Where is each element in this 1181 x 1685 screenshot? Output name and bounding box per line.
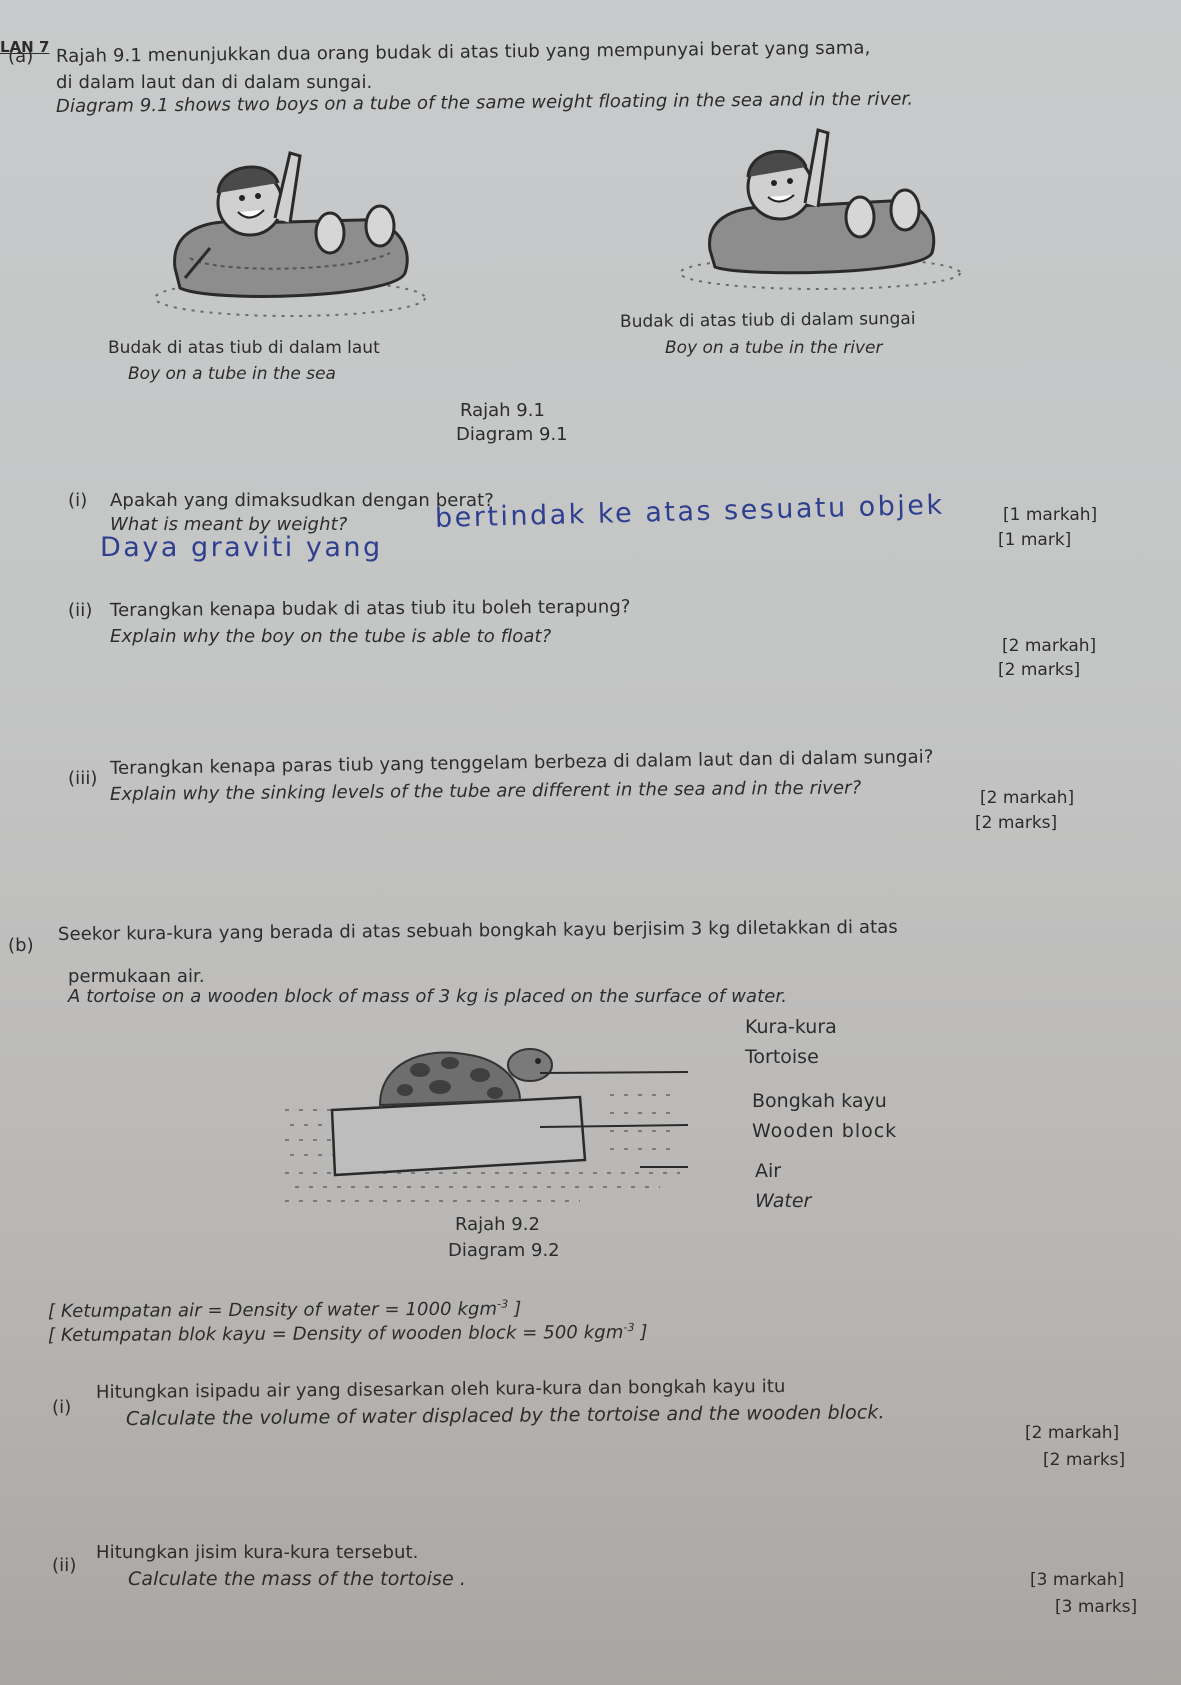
part-a-stem-bm-line2: di dalam laut dan di dalam sungai. bbox=[56, 72, 372, 93]
q-a-iii-text-bm: Terangkan kenapa paras tiub yang tenggel… bbox=[110, 747, 934, 779]
handwritten-answer-a-i-line1[interactable]: bertindak ke atas sesuatu objek bbox=[435, 490, 945, 534]
q-a-ii-marks-bm: [2 markah] bbox=[1002, 636, 1096, 656]
q-a-i-marks-bm: [1 markah] bbox=[1003, 505, 1097, 525]
q-a-ii-text-bm: Terangkan kenapa budak di atas tiub itu … bbox=[110, 596, 631, 621]
q-b-ii-marks-en: [3 marks] bbox=[1055, 1597, 1137, 1617]
part-b-stem-en: A tortoise on a wooden block of mass of … bbox=[68, 986, 787, 1007]
boy-on-tube-sea-illustration bbox=[150, 148, 440, 338]
diagram-9-2-title-bm: Rajah 9.2 bbox=[455, 1214, 540, 1235]
label-tortoise-en: Tortoise bbox=[745, 1046, 819, 1068]
tortoise-on-wooden-block-diagram bbox=[280, 1025, 750, 1225]
label-wooden-block-en: Wooden block bbox=[752, 1120, 897, 1142]
q-b-ii-text-bm: Hitungkan jisim kura-kura tersebut. bbox=[96, 1542, 418, 1563]
q-a-iii-text-en: Explain why the sinking levels of the tu… bbox=[110, 777, 861, 805]
river-caption-en: Boy on a tube in the river bbox=[665, 338, 882, 358]
part-b-stem-bm-line1: Seekor kura-kura yang berada di atas seb… bbox=[58, 917, 898, 945]
q-a-iii-marks-en: [2 marks] bbox=[975, 813, 1057, 833]
diagram-9-2-title-en: Diagram 9.2 bbox=[448, 1240, 560, 1261]
q-b-i-text-en: Calculate the volume of water displaced … bbox=[126, 1401, 885, 1430]
q-b-ii-number: (ii) bbox=[52, 1555, 76, 1576]
q-b-ii-marks-bm: [3 markah] bbox=[1030, 1570, 1124, 1590]
q-a-i-number: (i) bbox=[68, 490, 87, 511]
label-tortoise-bm: Kura-kura bbox=[745, 1016, 837, 1038]
sea-caption-en: Boy on a tube in the sea bbox=[128, 364, 336, 384]
q-b-i-marks-en: [2 marks] bbox=[1043, 1450, 1125, 1470]
diagram-9-1-title-en: Diagram 9.1 bbox=[456, 424, 568, 445]
label-wooden-block-bm: Bongkah kayu bbox=[752, 1090, 887, 1112]
given-density-water: [ Ketumpatan air = Density of water = 10… bbox=[48, 1298, 521, 1322]
diagram-9-1-title-bm: Rajah 9.1 bbox=[460, 400, 545, 421]
part-a-label: (a) bbox=[8, 46, 33, 67]
boy-on-tube-river-illustration bbox=[670, 125, 960, 305]
part-a-stem-bm-line1: Rajah 9.1 menunjukkan dua orang budak di… bbox=[56, 37, 871, 67]
given-density-wooden-block: [ Ketumpatan blok kayu = Density of wood… bbox=[48, 1321, 648, 1346]
label-water-en: Water bbox=[755, 1190, 811, 1212]
q-b-i-number: (i) bbox=[52, 1397, 71, 1418]
handwritten-answer-a-i-line2[interactable]: Daya graviti yang bbox=[100, 532, 383, 563]
q-a-i-marks-en: [1 mark] bbox=[998, 530, 1071, 550]
part-b-label: (b) bbox=[8, 935, 34, 956]
q-a-iii-marks-bm: [2 markah] bbox=[980, 788, 1074, 808]
q-b-i-text-bm: Hitungkan isipadu air yang disesarkan ol… bbox=[96, 1376, 786, 1403]
sea-caption-bm: Budak di atas tiub di dalam laut bbox=[108, 338, 380, 358]
q-b-ii-text-en: Calculate the mass of the tortoise . bbox=[128, 1568, 466, 1590]
q-a-ii-number: (ii) bbox=[68, 600, 92, 621]
label-water-bm: Air bbox=[755, 1160, 781, 1182]
q-a-ii-text-en: Explain why the boy on the tube is able … bbox=[110, 626, 551, 647]
river-caption-bm: Budak di atas tiub di dalam sungai bbox=[620, 309, 916, 332]
q-b-i-marks-bm: [2 markah] bbox=[1025, 1423, 1119, 1443]
part-b-stem-bm-line2: permukaan air. bbox=[68, 966, 205, 987]
q-a-iii-number: (iii) bbox=[68, 768, 98, 789]
q-a-ii-marks-en: [2 marks] bbox=[998, 660, 1080, 680]
